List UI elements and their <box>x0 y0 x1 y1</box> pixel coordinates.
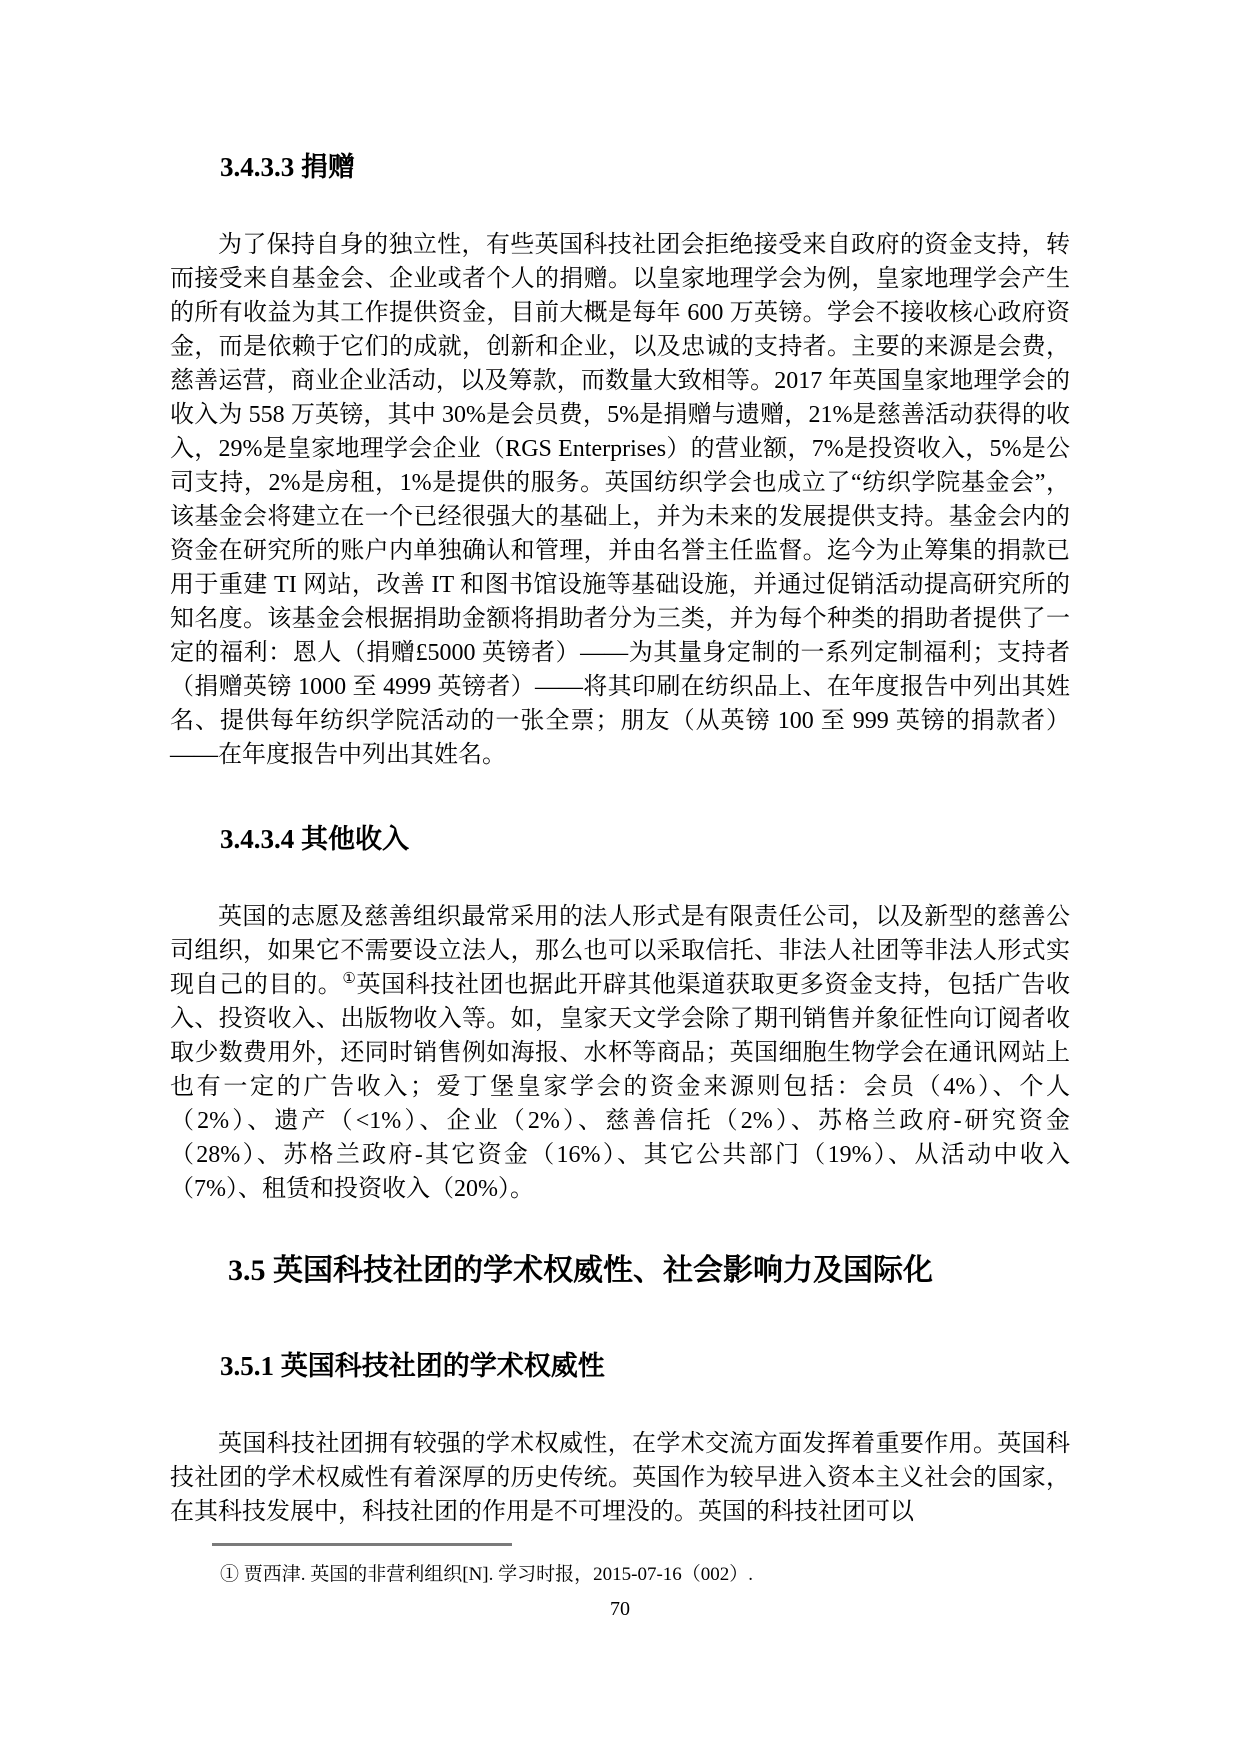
footnote-separator-line <box>212 1543 512 1546</box>
other-income-text-after-footnote-ref: 英国科技社团也据此开辟其他渠道获取更多资金支持，包括广告收入、投资收入、出版物收… <box>170 972 1070 1202</box>
page-number: 70 <box>0 1598 1240 1621</box>
page-content: 3.4.3.3 捐赠 为了保持自身的独立性，有些英国科技社团会拒绝接受来自政府的… <box>170 0 1070 1588</box>
section-heading-3.4.3.4-other-income: 3.4.3.4 其他收入 <box>170 822 1070 856</box>
section-heading-3.5-authority-influence-internationalization: 3.5 英国科技社团的学术权威性、社会影响力及国际化 <box>170 1251 1070 1291</box>
section-heading-3.5.1-academic-authority: 3.5.1 英国科技社团的学术权威性 <box>170 1349 1070 1383</box>
footnote: ① 贾西津. 英国的非营利组织[N]. 学习时报，2015-07-16（002）… <box>170 1562 1070 1588</box>
footnote-block: ① 贾西津. 英国的非营利组织[N]. 学习时报，2015-07-16（002）… <box>170 1543 1070 1588</box>
document-page: 3.4.3.3 捐赠 为了保持自身的独立性，有些英国科技社团会拒绝接受来自政府的… <box>0 0 1240 1753</box>
footnote-reference-marker: ① <box>342 971 356 987</box>
paragraph-academic-authority: 英国科技社团拥有较强的学术权威性，在学术交流方面发挥着重要作用。英国科技社团的学… <box>170 1427 1070 1529</box>
section-heading-3.4.3.3-donations: 3.4.3.3 捐赠 <box>170 150 1070 184</box>
paragraph-other-income: 英国的志愿及慈善组织最常采用的法人形式是有限责任公司，以及新型的慈善公司组织，如… <box>170 900 1070 1206</box>
paragraph-donations: 为了保持自身的独立性，有些英国科技社团会拒绝接受来自政府的资金支持，转而接受来自… <box>170 228 1070 772</box>
